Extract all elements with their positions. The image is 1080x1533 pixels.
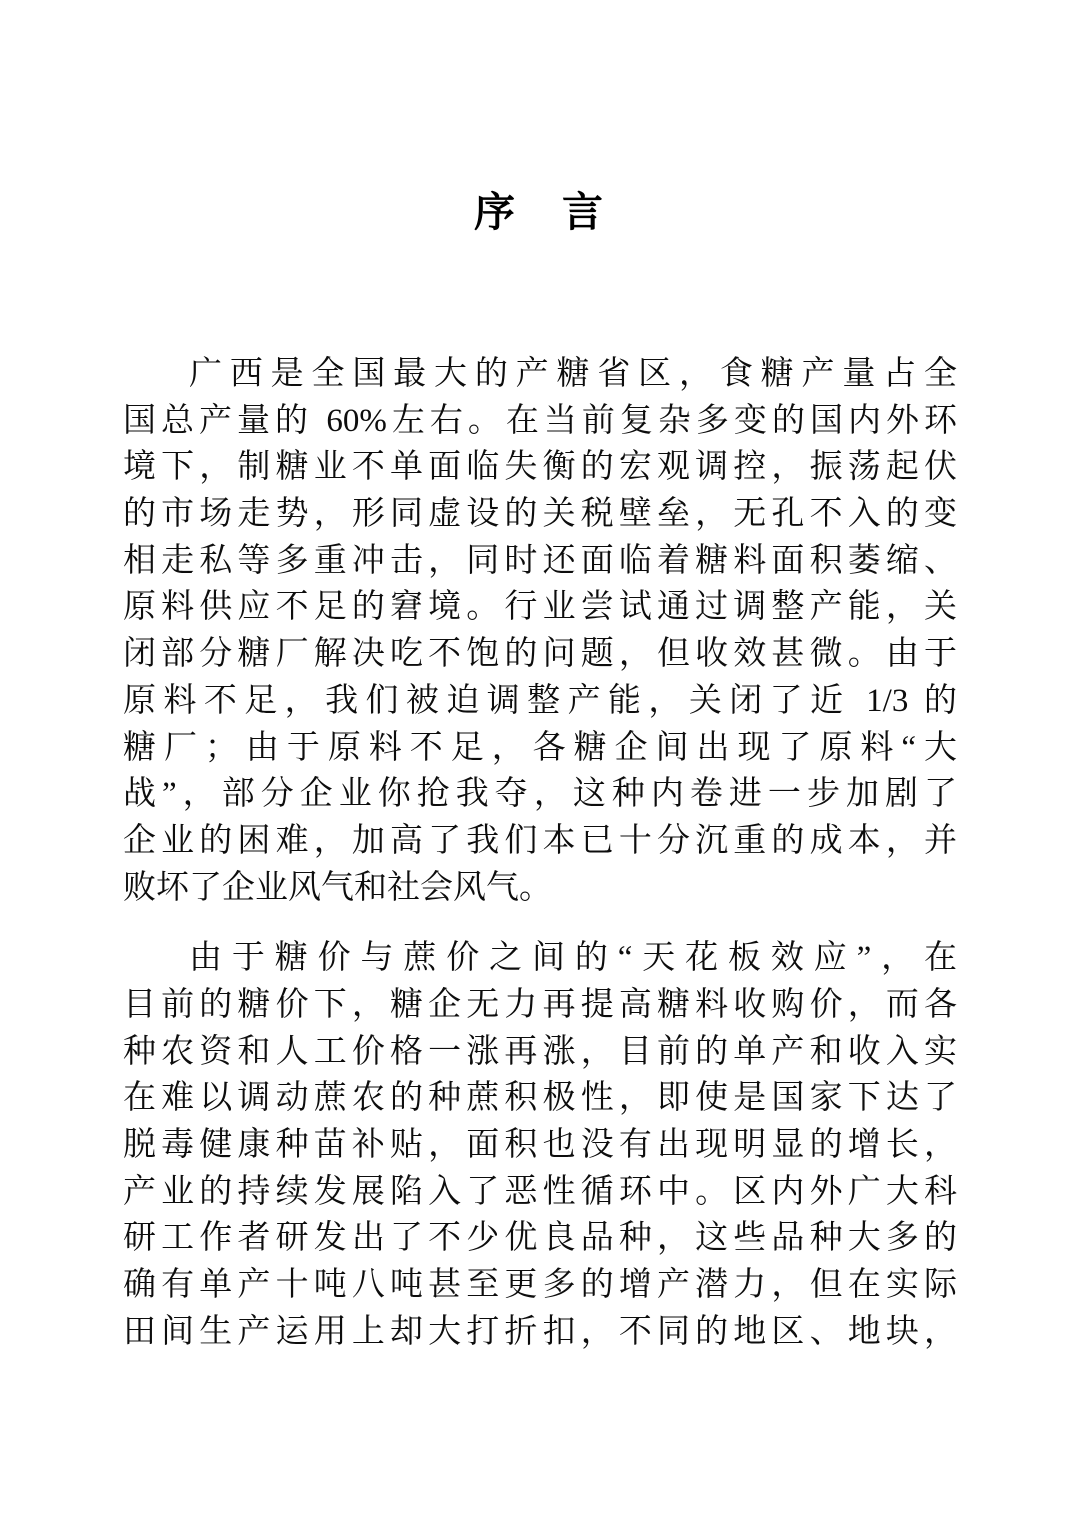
text-line: 糖厂；由于原料不足，各糖企间出现了原料“大	[123, 725, 957, 772]
text-line: 企业的困难，加高了我们本已十分沉重的成本，并	[123, 818, 957, 865]
text-line: 产业的持续发展陷入了恶性循环中。区内外广大科	[123, 1169, 957, 1216]
page-title: 序 言	[0, 188, 1080, 236]
paragraph-1: 广西是全国最大的产糖省区，食糖产量占全 国总产量的 60%左右。在当前复杂多变的…	[123, 351, 957, 911]
text-line: 闭部分糖厂解决吃不饱的问题，但收效甚微。由于	[123, 631, 957, 678]
text-line: 原料不足，我们被迫调整产能，关闭了近 1/3 的	[123, 678, 957, 725]
text-line: 战”，部分企业你抢我夺，这种内卷进一步加剧了	[123, 771, 957, 818]
text-line: 在难以调动蔗农的种蔗积极性，即使是国家下达了	[123, 1075, 957, 1122]
text-line: 确有单产十吨八吨甚至更多的增产潜力，但在实际	[123, 1262, 957, 1309]
text-line: 广西是全国最大的产糖省区，食糖产量占全	[123, 351, 957, 398]
text-line: 种农资和人工价格一涨再涨，目前的单产和收入实	[123, 1029, 957, 1076]
text-line: 境下，制糖业不单面临失衡的宏观调控，振荡起伏	[123, 444, 957, 491]
text-line: 研工作者研发出了不少优良品种，这些品种大多的	[123, 1215, 957, 1262]
text-line: 田间生产运用上却大打折扣，不同的地区、地块，	[123, 1309, 957, 1356]
text-line: 败坏了企业风气和社会风气。	[123, 865, 957, 912]
document-body: 广西是全国最大的产糖省区，食糖产量占全 国总产量的 60%左右。在当前复杂多变的…	[123, 351, 957, 1355]
text-line: 脱毒健康种苗补贴，面积也没有出现明显的增长，	[123, 1122, 957, 1169]
text-line: 原料供应不足的窘境。行业尝试通过调整产能，关	[123, 584, 957, 631]
text-line: 的市场走势，形同虚设的关税壁垒，无孔不入的变	[123, 491, 957, 538]
text-line: 国总产量的 60%左右。在当前复杂多变的国内外环	[123, 398, 957, 445]
text-line: 相走私等多重冲击，同时还面临着糖料面积萎缩、	[123, 538, 957, 585]
text-line: 由于糖价与蔗价之间的“天花板效应”，在	[123, 935, 957, 982]
document-page: 序 言 广西是全国最大的产糖省区，食糖产量占全 国总产量的 60%左右。在当前复…	[0, 0, 1080, 1533]
paragraph-2: 由于糖价与蔗价之间的“天花板效应”，在 目前的糖价下，糖企无力再提高糖料收购价，…	[123, 935, 957, 1355]
text-line: 目前的糖价下，糖企无力再提高糖料收购价，而各	[123, 982, 957, 1029]
